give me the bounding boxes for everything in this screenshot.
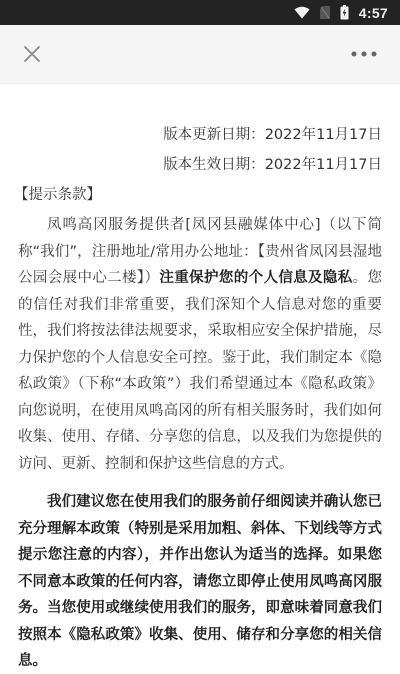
recommendation-paragraph: 我们建议您在使用我们的服务前仔细阅读并确认您已充分理解本政策（特别是采用加粗、斜… [18, 489, 382, 674]
more-horizontal-icon [350, 50, 378, 58]
privacy-policy-content: 版本更新日期：2022年11月17日 版本生效日期：2022年11月17日 【提… [0, 84, 400, 674]
version-updated-line: 版本更新日期：2022年11月17日 [18, 120, 382, 150]
version-info: 版本更新日期：2022年11月17日 版本生效日期：2022年11月17日 [18, 120, 382, 180]
intro-paragraph: 凤鸣高冈服务提供者[凤冈县融媒体中心]（以下简称“我们”，注册地址/常用办公地址… [18, 212, 382, 477]
close-icon [23, 45, 41, 63]
status-bar: 4:57 [0, 0, 400, 25]
close-button[interactable] [20, 42, 44, 66]
no-sim-icon [320, 6, 330, 19]
wifi-icon [294, 6, 310, 19]
battery-charging-icon [340, 5, 349, 20]
intro-text-bold: 注重保护您的个人信息及隐私 [159, 270, 352, 286]
version-effective-date: 2022年11月17日 [265, 157, 382, 173]
app-header [0, 25, 400, 84]
intro-text-part3: 。您的信任对我们非常重要，我们深知个人信息对您的重要性，我们将按法律法规要求，采… [18, 270, 382, 472]
section-title: 【提示条款】 [14, 182, 382, 208]
version-effective-line: 版本生效日期：2022年11月17日 [18, 150, 382, 180]
version-updated-label: 版本更新日期： [163, 127, 265, 143]
version-effective-label: 版本生效日期： [163, 157, 265, 173]
more-options-button[interactable] [346, 42, 382, 66]
status-time: 4:57 [359, 5, 388, 21]
version-updated-date: 2022年11月17日 [265, 127, 382, 143]
